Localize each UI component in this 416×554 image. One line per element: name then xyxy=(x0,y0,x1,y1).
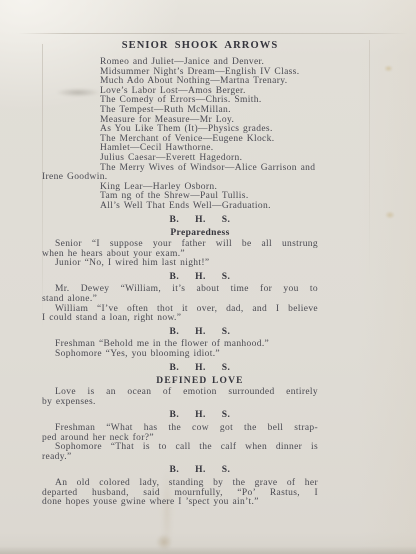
scanned-page: SENIOR SHOOK ARROWS Romeo and Juliet—Jan… xyxy=(0,0,416,554)
paragraph-line: by expenses. xyxy=(42,398,318,408)
paragraph-line: I could stand a loan, right now.” xyxy=(42,314,318,324)
frame-line-right xyxy=(369,40,370,280)
paragraph-line: Sophomore “That is to call the calf when… xyxy=(42,443,318,453)
bhs-divider: B. H. S. xyxy=(42,364,318,374)
paragraph-line: Sophomore “Yes, you blooming idiot.” xyxy=(42,350,318,360)
stain-spot xyxy=(384,65,393,72)
section-heading-defined-love: DEFINED LOVE xyxy=(42,376,318,386)
paragraph-line: Junior “No, I wired him last night!” xyxy=(42,259,318,269)
bhs-divider: B. H. S. xyxy=(42,466,318,476)
section-heading-preparedness: Preparedness xyxy=(42,228,318,238)
page-content: SENIOR SHOOK ARROWS Romeo and Juliet—Jan… xyxy=(42,40,318,508)
play-list-line: All’s Well That Ends Well—Graduation. xyxy=(42,202,318,212)
stain-spot xyxy=(385,211,395,219)
page-title: SENIOR SHOOK ARROWS xyxy=(42,40,318,51)
paragraph-line: ready.” xyxy=(42,453,318,463)
stain-spot xyxy=(156,534,172,550)
page-bottom-edge-shadow xyxy=(0,546,416,554)
bhs-divider: B. H. S. xyxy=(42,273,318,283)
paragraph-line: done hopes youse gwine where I ’spect yo… xyxy=(42,498,318,508)
bhs-divider: B. H. S. xyxy=(42,328,318,338)
bhs-divider: B. H. S. xyxy=(42,216,318,226)
frame-line-top xyxy=(18,33,408,34)
bhs-divider: B. H. S. xyxy=(42,411,318,421)
